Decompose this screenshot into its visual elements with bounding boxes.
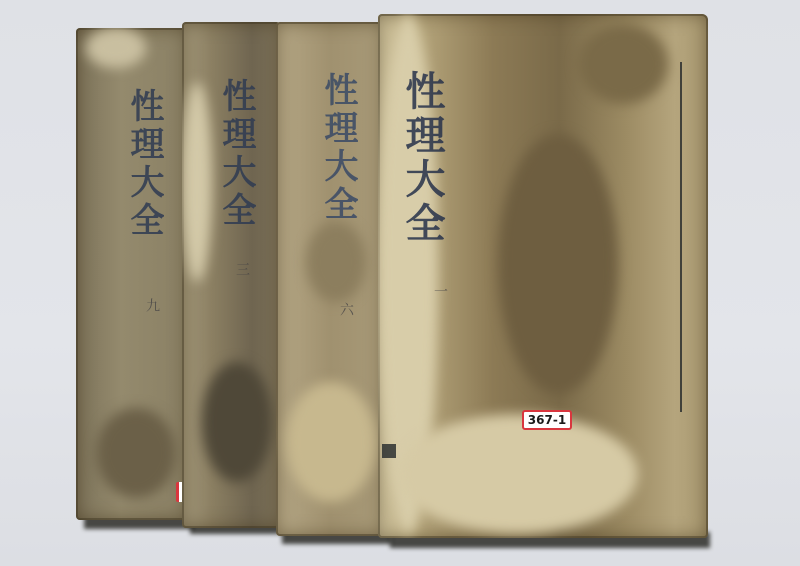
catalog-label: 367-1 (522, 410, 572, 430)
book-volume-2: 性理大全 三 (182, 22, 282, 528)
volume-mark: 三 (232, 262, 252, 276)
binding-thread (680, 62, 682, 412)
book-title: 性理大全 (314, 72, 363, 224)
book-volume-1: 性理大全 九 (76, 28, 188, 520)
binding-thread (382, 444, 396, 458)
book-volume-3: 性理大全 六 (276, 22, 384, 536)
volume-mark: 九 (142, 298, 162, 312)
book-title: 性理大全 (394, 70, 451, 246)
volume-mark: 一 (430, 284, 450, 298)
book-title: 性理大全 (120, 88, 169, 240)
book-title: 性理大全 (212, 78, 261, 230)
volume-mark: 六 (336, 302, 356, 316)
book-photograph: 性理大全 九 性理大全 三 性理大全 六 性理大全 一 367-1 (0, 0, 800, 566)
book-volume-4: 性理大全 一 (378, 14, 708, 538)
